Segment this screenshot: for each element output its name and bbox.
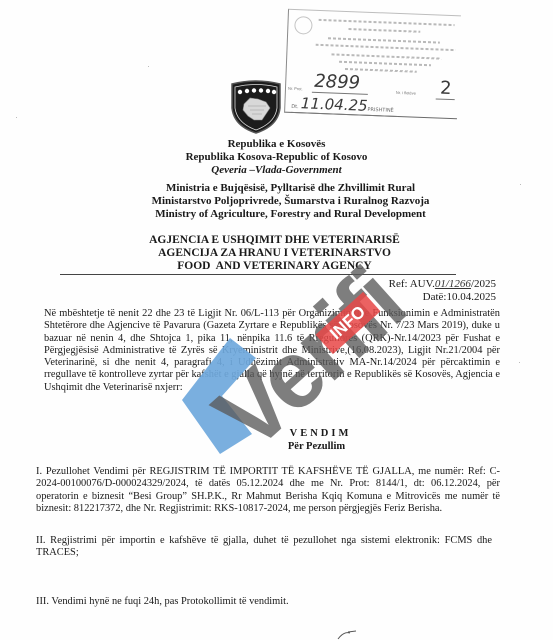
- stamp-emblem-icon: [294, 16, 313, 35]
- signature-mark: [336, 630, 360, 640]
- stamp-date-field: Dt.11.04.25PRISHTINË: [291, 94, 398, 117]
- stamp-text-line: [319, 19, 455, 26]
- decision-title: VENDIM: [0, 428, 553, 439]
- document-page: Nr. Prot. 2899 Nr. i fletëve 2 Dt.11.04.…: [0, 0, 553, 640]
- decision-point-2: II. Regjistrimi për importin e kafshëve …: [36, 535, 492, 560]
- ministry-header: Ministria e Bujqësisë, Pylltarisë dhe Zh…: [14, 182, 553, 221]
- ministry-name-serbian: Ministarstvo Poljoprivrede, Šumarstva i …: [14, 195, 553, 208]
- decision-point-1: I. Pezullohet Vendimi për REGJISTRIM TË …: [36, 466, 500, 515]
- agency-name-english: FOOD AND VETERINARY AGENCY: [0, 260, 551, 273]
- stamp-date-suffix: PRISHTINË: [367, 107, 394, 114]
- header-divider: [60, 274, 456, 275]
- reference-block: Ref: AUV.01/1266/2025 Datë:10.04.2025: [380, 278, 496, 304]
- stamp-date: 11.04.25: [301, 94, 368, 115]
- scan-speck: [520, 184, 521, 185]
- stamp-number-label: Nr. Prot.: [288, 86, 303, 92]
- stamp-text-line: [316, 44, 456, 51]
- reference-prefix: Ref: AUV.: [389, 278, 435, 290]
- republic-name-bilingual: Republika Kosova-Republic of Kosovo: [0, 151, 553, 164]
- reference-suffix: /2025: [471, 278, 496, 290]
- kosovo-coat-of-arms-icon: [228, 78, 284, 134]
- scan-speck: [519, 362, 520, 363]
- scan-speck: [148, 66, 149, 67]
- agency-name-serbian: AGENCIJA ZA HRANU I VETERINARSTVO: [0, 247, 551, 260]
- ministry-name-english: Ministry of Agriculture, Forestry and Ru…: [14, 208, 553, 221]
- reference-handwritten: 01/1266: [435, 278, 471, 290]
- reference-number: Ref: AUV.01/1266/2025: [380, 278, 496, 291]
- agency-header: AGJENCIA E USHQIMIT DHE VETERINARISË AGE…: [0, 234, 551, 273]
- stamp-pages-label: Nr. i fletëve: [396, 90, 416, 96]
- stamp-text-line: [328, 37, 440, 43]
- republic-header: Republika e Kosovës Republika Kosova-Rep…: [0, 138, 553, 177]
- reference-date: Datë:10.04.2025: [380, 291, 496, 304]
- stamp-registration-number: 2899: [312, 71, 369, 95]
- government-label: Qeveria –Vlada-Government: [0, 164, 553, 177]
- legal-basis-paragraph: Në mbështetje të nenit 22 dhe 23 të Ligj…: [44, 308, 500, 394]
- decision-subtitle: Për Pezullim: [0, 441, 553, 452]
- republic-name-albanian: Republika e Kosovës: [0, 138, 553, 151]
- stamp-text-line: [331, 53, 441, 59]
- stamp-text-line: [339, 61, 431, 67]
- stamp-date-prefix: Dt.: [291, 104, 299, 110]
- agency-name-albanian: AGJENCIA E USHQIMIT DHE VETERINARISË: [0, 234, 551, 247]
- scan-speck: [16, 117, 17, 118]
- decision-point-3: III. Vendimi hynë ne fuqi 24h, pas Proto…: [36, 596, 492, 608]
- received-stamp: Nr. Prot. 2899 Nr. i fletëve 2 Dt.11.04.…: [284, 9, 461, 120]
- ministry-name-albanian: Ministria e Bujqësisë, Pylltarisë dhe Zh…: [14, 182, 553, 195]
- stamp-text-line: [348, 28, 420, 33]
- stamp-pages-count: 2: [436, 77, 456, 100]
